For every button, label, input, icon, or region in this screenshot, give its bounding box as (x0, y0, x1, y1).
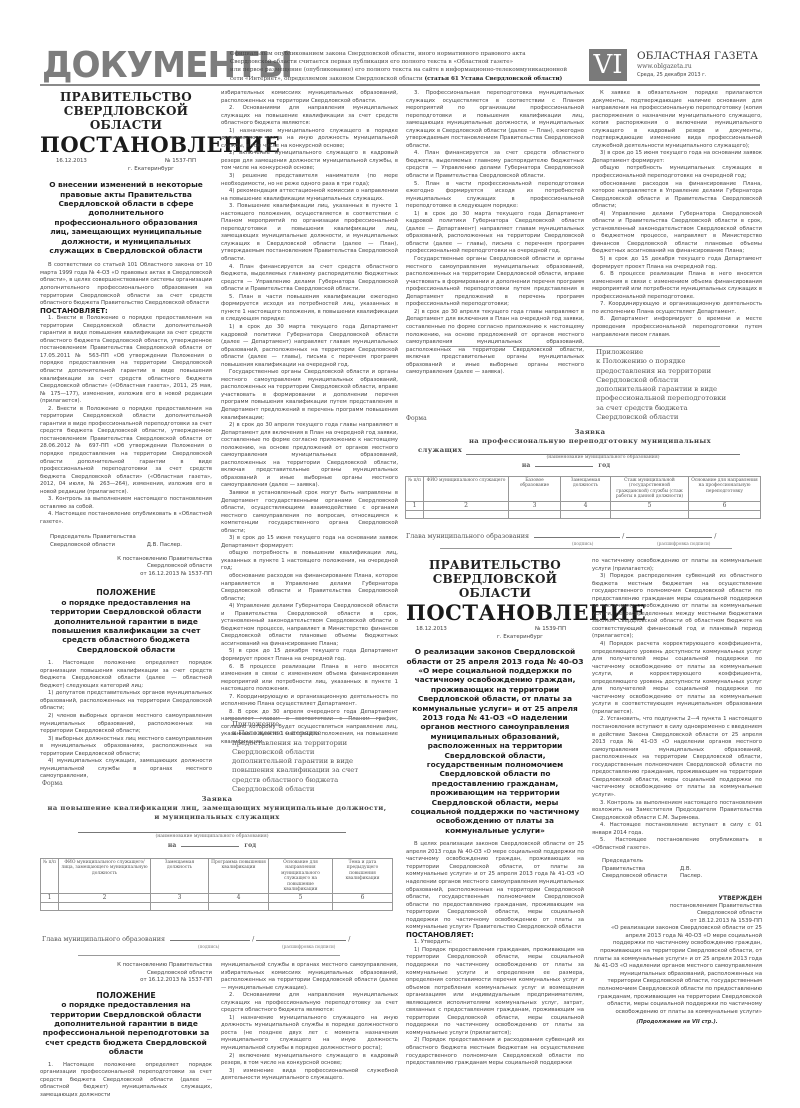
decree-number: № 1537-ПП (165, 158, 196, 166)
form-1-title: Заявка на повышение квалификации лиц, за… (42, 795, 392, 822)
table-header-row: № п/п ФИО муниципального служащего Базов… (406, 477, 761, 502)
masthead: ДОКУМЕНТЫ Официальным опубликованием зак… (40, 48, 760, 86)
signer-title: Свердловской области (50, 542, 136, 550)
paragraph: 1) Порядок предоставления гражданам, про… (406, 947, 584, 1038)
paragraph: 2) Порядок предоставления и расходования… (406, 1037, 584, 1067)
signer-title: Председатель Правительства (50, 534, 136, 542)
column-header: ФИО муниципального служащего (424, 477, 509, 502)
appendix-line: повышения квалификации за счет (232, 766, 402, 775)
column-2-bottom: муниципальной службы в органах местного … (221, 962, 398, 1083)
paragraph: муниципальной службы в органах местного … (221, 962, 398, 992)
column-number: 3 (151, 894, 209, 903)
column-header: Замещаемая должность (561, 477, 611, 502)
column-header: ФИО муниципального служащего/лица, замещ… (59, 859, 151, 894)
note-line: от 16.12.2013 № 1537-ПП (40, 977, 212, 985)
notice-line: сети «Интернет», определяемом законом Св… (230, 76, 423, 82)
column-header: Основание для направления муниципального… (269, 859, 333, 894)
paragraph: 4. План финансируется за счет средств об… (221, 264, 398, 294)
column-number: 6 (689, 501, 761, 510)
paragraph: 3. Профессиональная переподготовка муниц… (406, 90, 584, 150)
approved-note: постановлением Правительства Свердловско… (592, 903, 762, 926)
note-line: от 16.12.2013 № 1537-ПП (40, 571, 212, 579)
notice-line: Официальным опубликованием закона Свердл… (230, 50, 570, 58)
form-title-line: и муниципальных служащих (42, 813, 392, 822)
year-field: на год (466, 462, 666, 469)
publication-notice: Официальным опубликованием закона Свердл… (230, 50, 570, 83)
column-2: избирательных комиссиях муниципальных об… (221, 90, 398, 747)
paragraph: 2) включение муниципального служащего в … (221, 150, 398, 173)
paragraph: 1. Настоящее положение определяет порядо… (40, 660, 212, 690)
paragraph: 4. Настоящее постановление вступает в си… (592, 822, 762, 837)
sign-hint: (подпись) (198, 944, 219, 949)
paragraph: 4) муниципальных служащих, замещающих до… (40, 758, 212, 781)
column-header: Тема и дата предыдущего повышения квалиф… (333, 859, 393, 894)
column-header: Базовое образование (509, 477, 561, 502)
attachment-note: К постановлению Правительства Свердловск… (40, 962, 212, 985)
paragraph: 1) в срок до 30 марта текущего года Депа… (221, 324, 398, 369)
signer-name: Д.В. Паслер. (680, 866, 712, 881)
decode-input-line[interactable] (626, 537, 712, 538)
appendix-line: к Положению о порядке (596, 357, 766, 366)
paragraph: К заявке в обязательном порядке прилагаю… (592, 90, 762, 150)
head-signature-line: Глава муниципального образования / / (406, 532, 716, 540)
column-4-bottom: по частичному освобождению от платы за к… (592, 558, 762, 1027)
website-link[interactable]: www.oblgazeta.ru (637, 63, 692, 70)
decode-hint: (расшифровка подписи) (657, 541, 710, 546)
paragraph: 1. Внести в Положение о порядке предоста… (40, 315, 212, 406)
paper-name: ОБЛАСТНАЯ ГАЗЕТА (637, 50, 758, 62)
paragraph: 5) в срок до 15 декабря текущего года Де… (221, 648, 398, 663)
column-number: 5 (611, 501, 689, 510)
paragraph: 5) в срок до 15 декабря текущего года Де… (592, 256, 762, 271)
paragraph: 4. Настоящее постановление опубликовать … (40, 511, 212, 526)
approved-heading: УТВЕРЖДЕН (592, 895, 762, 903)
paragraph: 6. В процессе реализации Плана в него вн… (221, 664, 398, 694)
dateline: 16.12.2013 № 1537-ПП (40, 158, 212, 166)
paragraph: 3) в срок до 15 июня текущего года на ос… (592, 150, 762, 165)
table-row[interactable] (406, 510, 761, 518)
year-input-line[interactable] (535, 466, 593, 467)
preamble: В целях реализации законов Свердловской … (406, 841, 584, 932)
decree-date: 16.12.2013 (56, 158, 87, 166)
paragraph: 3) изменение вида профессиональной служе… (221, 1068, 398, 1083)
head-label: Глава муниципального образования (42, 935, 165, 943)
form-label: Форма (42, 780, 63, 787)
regulation-title: о порядке предоставления на территории С… (42, 1000, 210, 1056)
resolves: ПОСТАНОВЛЯЕТ: (40, 308, 212, 316)
paragraph: общую потребность в повышении квалификац… (221, 550, 398, 573)
attachment-note: К постановлению Правительства Свердловск… (40, 556, 212, 579)
paragraph: 1) в срок до 30 марта текущего года Депа… (406, 211, 584, 256)
issue-date: Среда, 25 декабря 2013 г. (637, 72, 706, 78)
gov-heading: ПРАВИТЕЛЬСТВО (40, 90, 212, 104)
appendix-line: средств областного бюджета (232, 776, 402, 785)
paragraph: 1) назначение муниципального служащего н… (221, 1015, 398, 1053)
column-number: 2 (59, 894, 151, 903)
paragraph: общую потребность муниципальных служащих… (592, 165, 762, 180)
paragraph: 2) включение муниципального служащего в … (221, 1053, 398, 1068)
municipality-hint: (наименование муниципального образования… (466, 455, 740, 460)
paragraph: 4. План финансируется за счет средств об… (406, 150, 584, 180)
appendix-line: предоставления на территории (232, 739, 402, 748)
year-suffix: год (244, 842, 256, 849)
column-number: 3 (509, 501, 561, 510)
signature-block: Председатель Правительства Свердловской … (592, 858, 762, 881)
paragraph: 2. Установить, что подпункты 2—4 пункта … (592, 716, 762, 799)
appendix-2-note: Приложение к Положению о порядке предост… (596, 348, 766, 422)
divider (440, 548, 732, 549)
paragraph: 7. Координирующую и организационную деят… (221, 694, 398, 709)
decode-hint: (расшифровка подписи) (282, 944, 335, 949)
note-line: постановлением Правительства (592, 903, 762, 911)
city: г. Екатеринбург (40, 166, 212, 174)
appendix-line: дополнительной гарантии в виде (232, 757, 402, 766)
paragraph: Государственные органы Свердловской обла… (221, 369, 398, 422)
column-1-bottom: К постановлению Правительства Свердловск… (40, 962, 212, 1099)
column-header: № п/п (41, 859, 59, 894)
column-header: Замещаемая должность (151, 859, 209, 894)
column-number: 1 (406, 501, 424, 510)
doc-type: ПОСТАНОВЛЕНИЕ (406, 600, 584, 626)
decode-input-line[interactable] (256, 940, 346, 941)
regulation-label: ПОЛОЖЕНИЕ (40, 991, 212, 1000)
column-3-bottom: ПРАВИТЕЛЬСТВО СВЕРДЛОВСКОЙ ОБЛАСТИ ПОСТА… (406, 558, 584, 1068)
note-line: Свердловской области (40, 563, 212, 571)
column-header: № п/п (406, 477, 424, 502)
form-label: Форма (406, 415, 427, 422)
paragraph: 4) Порядок расчета корректирующего коэфф… (592, 641, 762, 716)
form-2-title: Заявка на профессиональную переподготовк… (440, 428, 740, 446)
decree-title: О реализации законов Свердловской област… (406, 647, 584, 835)
form-2-table: № п/п ФИО муниципального служащего Базов… (405, 476, 761, 519)
table-row[interactable] (41, 903, 393, 911)
paragraph: 2. Основаниями для направления муниципал… (221, 105, 398, 128)
approved-body: «О реализации законов Свердловской облас… (592, 925, 762, 1016)
column-number: 4 (209, 894, 269, 903)
note-line: Свердловской области (592, 910, 762, 918)
form-title-line: Заявка (42, 795, 392, 804)
paragraph: по частичному освобождению от платы за к… (592, 558, 762, 573)
column-3: 3. Профессиональная переподготовка муниц… (406, 90, 584, 377)
paragraph: 3) в срок до 15 июня текущего года на ос… (221, 535, 398, 550)
dateline: 18.12.2013 № 1539-ПП (406, 626, 584, 634)
paragraph: Государственные органы Свердловской обла… (406, 256, 584, 309)
paragraph: обоснование расходов на финансирование П… (592, 181, 762, 211)
form-title-line: на повышение квалификации лиц, замещающи… (42, 804, 392, 813)
appendix-line: к Положению о порядке (232, 729, 402, 738)
municipality-input-line[interactable] (78, 832, 346, 833)
column-header: Программа повышения квалификации (209, 859, 269, 894)
paragraph: 2) членов выборных органов местного само… (40, 713, 212, 736)
paragraph: избирательных комиссиях муниципальных об… (221, 90, 398, 105)
column-number: 4 (561, 501, 611, 510)
column-number: 5 (269, 894, 333, 903)
paragraph: 4) Управление делами Губернатора Свердло… (221, 603, 398, 648)
appendix-line: Приложение (596, 348, 766, 357)
gov-heading: СВЕРДЛОВСКОЙ ОБЛАСТИ (40, 104, 212, 132)
appendix-line: профессиональной переподготовки (596, 394, 766, 403)
paragraph: 3. Контроль за выполнением настоящего по… (592, 800, 762, 823)
column-header: Стаж муниципальной (государственной граж… (611, 477, 689, 502)
regulation-label: ПОЛОЖЕНИЕ (40, 588, 212, 597)
column-4: К заявке в обязательном порядке прилагаю… (592, 90, 762, 339)
paragraph: 5. Настоящее постановление опубликовать … (592, 837, 762, 852)
municipality-hint: (наименование муниципального образования… (78, 834, 346, 839)
paragraph: 5. План в части профессиональной перепод… (406, 181, 584, 211)
column-number: 2 (424, 501, 509, 510)
regulation-title: о порядке предоставления на территории С… (42, 598, 210, 654)
paragraph: 4) рекомендация аттестационной комиссии … (221, 188, 398, 203)
notice-line: Свердловской области считается первая пу… (230, 58, 570, 66)
paragraph: 3. Контроль за выполнением настоящего по… (40, 496, 212, 511)
continued-note: (Продолжение на VII стр.). (592, 1019, 762, 1027)
head-signature-line: Глава муниципального образования / / (42, 935, 350, 943)
signature-input-line[interactable] (534, 537, 620, 538)
sign-hint: (подпись) (572, 541, 593, 546)
column-header: Основание для направления на профессиона… (689, 477, 761, 502)
gov-heading: ПРАВИТЕЛЬСТВО (406, 558, 584, 572)
decree-date: 18.12.2013 (416, 626, 447, 634)
appendix-line: предоставления на территории (596, 367, 766, 376)
table-number-row: 1 2 3 4 5 6 (406, 501, 761, 510)
note-line: Свердловской области (40, 970, 212, 978)
form-title-line: Заявка (440, 428, 740, 437)
year-input-line[interactable] (181, 846, 239, 847)
divider (440, 346, 720, 347)
paragraph: 2) в срок до 30 апреля текущего года гла… (221, 422, 398, 490)
year-prefix: на (168, 842, 176, 849)
year-field: на год (78, 842, 346, 849)
year-prefix: на (522, 462, 530, 469)
paragraph: обоснование расходов на финансирование П… (221, 573, 398, 603)
appendix-line: Свердловской области (596, 413, 766, 422)
form-1-table: № п/п ФИО муниципального служащего/лица,… (40, 858, 393, 911)
column-number: 1 (41, 894, 59, 903)
resolves: ПОСТАНОВЛЯЕТ: (406, 932, 584, 940)
appendix-line: Свердловской области (596, 376, 766, 385)
signer-title: Свердловской области (602, 873, 680, 881)
city: г. Екатеринбург (406, 634, 584, 642)
paragraph: 2. Основаниями для направления муниципал… (221, 992, 398, 1015)
gov-heading: СВЕРДЛОВСКОЙ ОБЛАСТИ (406, 572, 584, 600)
paragraph: 3) решение представителя нанимателя (по … (221, 173, 398, 188)
paragraph: 2) в срок до 30 апреля текущего года гла… (406, 309, 584, 377)
table-number-row: 1 2 3 4 5 6 (41, 894, 393, 903)
paragraph: 7. Координирующую и организационную деят… (592, 301, 762, 316)
form-2-title-tail: служащих (418, 446, 462, 455)
page-number: VI (589, 49, 627, 81)
signer-title: Председатель Правительства (602, 858, 680, 873)
paragraph: 2. Внести в Положение о порядке предоста… (40, 406, 212, 497)
divider (226, 718, 386, 719)
notice-bold: (статья 61 Устава Свердловской области) (423, 76, 563, 82)
appendix-line: Приложение (232, 720, 402, 729)
paragraph: 8. Департамент информирует о времени и м… (592, 316, 762, 339)
paragraph: 6. В процессе реализации Плана в него вн… (592, 271, 762, 301)
table-header-row: № п/п ФИО муниципального служащего/лица,… (41, 859, 393, 894)
column-number: 6 (333, 894, 393, 903)
paragraph: Заявки в установленный срок могут быть н… (221, 490, 398, 535)
note-line: К постановлению Правительства (40, 962, 212, 970)
year-suffix: год (598, 462, 610, 469)
appendix-line: дополнительной гарантии в виде (596, 385, 766, 394)
paragraph: 1) депутатов представительных органов му… (40, 690, 212, 713)
doc-type: ПОСТАНОВЛЕНИЕ (40, 132, 212, 158)
preamble: В соответствии со статьей 101 Областного… (40, 262, 212, 307)
paragraph: 3) Порядок распределения субвенций из об… (592, 573, 762, 641)
paragraph: 3. Повышение квалификации лиц, указанных… (221, 203, 398, 263)
form-title-line: на профессиональную переподготовку муниц… (440, 437, 740, 446)
notice-line: или первое размещение (опубликование) ег… (230, 66, 570, 74)
decree-number: № 1539-ПП (535, 626, 566, 634)
appendix-line: Свердловской области (232, 748, 402, 757)
signature-input-line[interactable] (170, 940, 250, 941)
head-label: Глава муниципального образования (406, 532, 529, 540)
divider (78, 955, 340, 956)
appendix-1-note: Приложение к Положению о порядке предост… (232, 720, 402, 794)
paragraph: 1) назначение муниципального служащего в… (221, 128, 398, 151)
paragraph: 1. Настоящее положение определяет порядо… (40, 1062, 212, 1100)
paragraph: 4) Управление делами Губернатора Свердло… (592, 211, 762, 256)
paragraph: 1. Утвердить: (406, 939, 584, 947)
column-1: ПРАВИТЕЛЬСТВО СВЕРДЛОВСКОЙ ОБЛАСТИ ПОСТА… (40, 90, 212, 781)
paragraph: 3) выборных должностных лиц местного сам… (40, 736, 212, 759)
paragraph: 5. План в части повышения квалификации е… (221, 294, 398, 324)
appendix-line: Свердловской области (232, 785, 402, 794)
decree-title: О внесении изменений в некоторые правовы… (44, 180, 208, 255)
appendix-line: за счет средств бюджета (596, 404, 766, 413)
signature-block: Председатель Правительства Свердловской … (40, 534, 212, 549)
signer-name: Д.В. Паслер. (147, 542, 182, 550)
